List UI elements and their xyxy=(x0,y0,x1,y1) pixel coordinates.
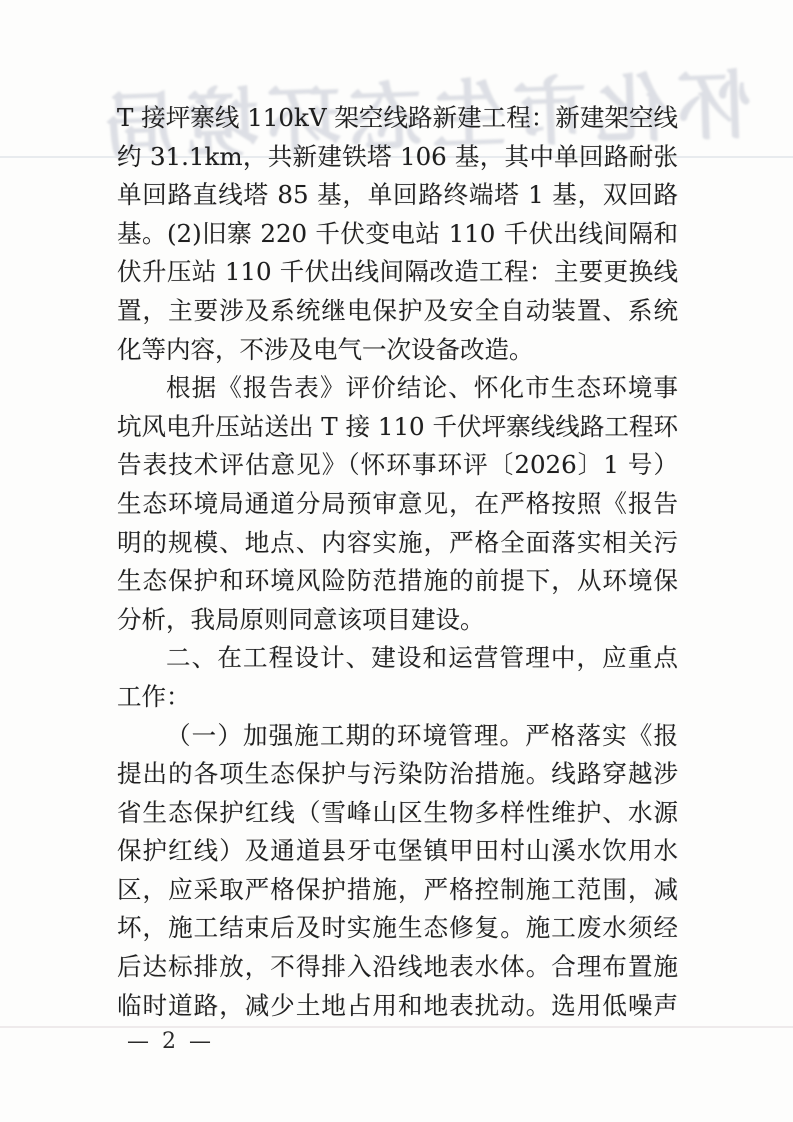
text-line: 提出的各项生态保护与污染防治措施。线路穿越涉及的湖南 xyxy=(117,755,678,794)
text-line: 生态保护和环境风险防范措施的前提下，从环境保护角度 xyxy=(117,562,678,601)
text-line: 置，主要涉及系统继电保护及安全自动装置、系统调度自动 xyxy=(117,292,678,331)
text-line: 化等内容，不涉及电气一次设备改造。 xyxy=(117,331,678,370)
text-line: 区，应采取严格保护措施，严格控制施工范围，减少植被破 xyxy=(117,871,678,910)
text-line: 坏，施工结束后及时实施生态修复。施工废水须经收集处理 xyxy=(117,909,678,948)
text-line: 单回路直线塔 85 基，单回路终端塔 1 基，双回路终端塔 1 xyxy=(117,176,678,215)
text-line: 生态环境局通道分局预审意见，在严格按照《报告表》所列 xyxy=(117,485,678,524)
text-line: 分析，我局原则同意该项目建设。 xyxy=(117,601,678,640)
text-line: 告表技术评估意见》（怀环事环评〔2026〕1 号）及怀化市 xyxy=(117,446,678,485)
scan-artifact-line-bottom xyxy=(0,1026,793,1028)
page-number: — 2 — xyxy=(127,1029,214,1054)
text-line: 约 31.1km，共新建铁塔 106 基，其中单回路耐张塔 19 基， xyxy=(117,138,678,177)
text-line: 基。(2)旧寨 220 千伏变电站 110 千伏出线间隔和坪坦 110 千 xyxy=(117,215,678,254)
text-line: 二、在工程设计、建设和运营管理中，应重点做好下列 xyxy=(117,639,678,678)
text-line: 坑风电升压站送出 T 接 110 千伏坪寨线线路工程环境影响报 xyxy=(117,408,678,447)
text-line: （一）加强施工期的环境管理。严格落实《报告表》中 xyxy=(117,717,678,756)
text-line: 保护红线）及通道县牙屯堡镇甲田村山溪水饮用水水源保护 xyxy=(117,832,678,871)
text-line: 伏升压站 110 千伏出线间隔改造工程：主要更换线路保护装 xyxy=(117,253,678,292)
document-body: T 接坪寨线 110kV 架空线路新建工程：新建架空线路全长约 31.1km，共… xyxy=(117,99,678,1025)
document-page: 怀化市生态环境局 T 接坪寨线 110kV 架空线路新建工程：新建架空线路全长约… xyxy=(0,0,793,1122)
text-line: 后达标排放，不得排入沿线地表水体。合理布置施工场地和 xyxy=(117,948,678,987)
text-line: 根据《报告表》评价结论、怀化市生态环境事务中心《金 xyxy=(117,369,678,408)
text-line: 临时道路，减少土地占用和地表扰动。选用低噪声设备和工 xyxy=(117,987,678,1026)
text-line: 省生态保护红线（雪峰山区生物多样性维护、水源涵养生态 xyxy=(117,794,678,833)
text-line: 明的规模、地点、内容实施，严格全面落实相关污染防治、 xyxy=(117,524,678,563)
text-line: T 接坪寨线 110kV 架空线路新建工程：新建架空线路全长 xyxy=(117,99,678,138)
text-line: 工作： xyxy=(117,678,678,717)
